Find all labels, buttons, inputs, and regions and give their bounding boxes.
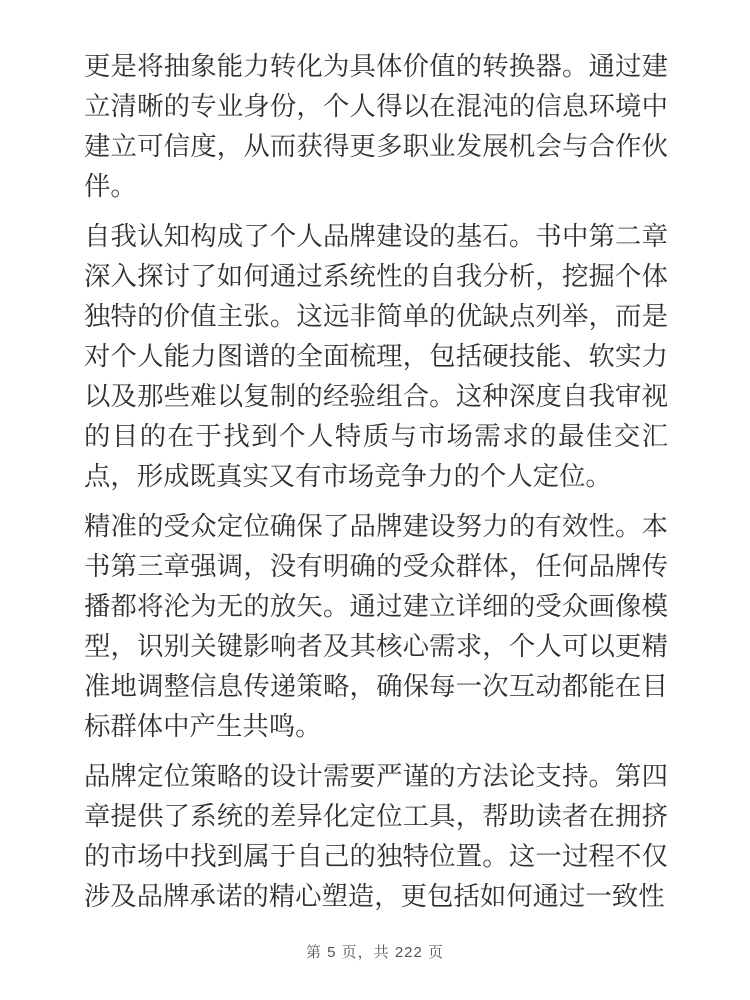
page-footer: 第 5 页，共 222 页 [0, 941, 750, 962]
paragraph: 自我认知构成了个人品牌建设的基石。书中第二章深入探讨了如何通过系统性的自我分析，… [84, 216, 668, 496]
document-body: 更是将抽象能力转化为具体价值的转换器。通过建立清晰的专业身份，个人得以在混沌的信… [84, 46, 668, 926]
paragraph: 品牌定位策略的设计需要严谨的方法论支持。第四章提供了系统的差异化定位工具，帮助读… [84, 756, 668, 916]
paragraph: 更是将抽象能力转化为具体价值的转换器。通过建立清晰的专业身份，个人得以在混沌的信… [84, 46, 668, 206]
page-number-label: 第 5 页，共 222 页 [306, 944, 444, 961]
paragraph: 精准的受众定位确保了品牌建设努力的有效性。本书第三章强调，没有明确的受众群体，任… [84, 506, 668, 746]
document-page: 更是将抽象能力转化为具体价值的转换器。通过建立清晰的专业身份，个人得以在混沌的信… [0, 0, 750, 1000]
